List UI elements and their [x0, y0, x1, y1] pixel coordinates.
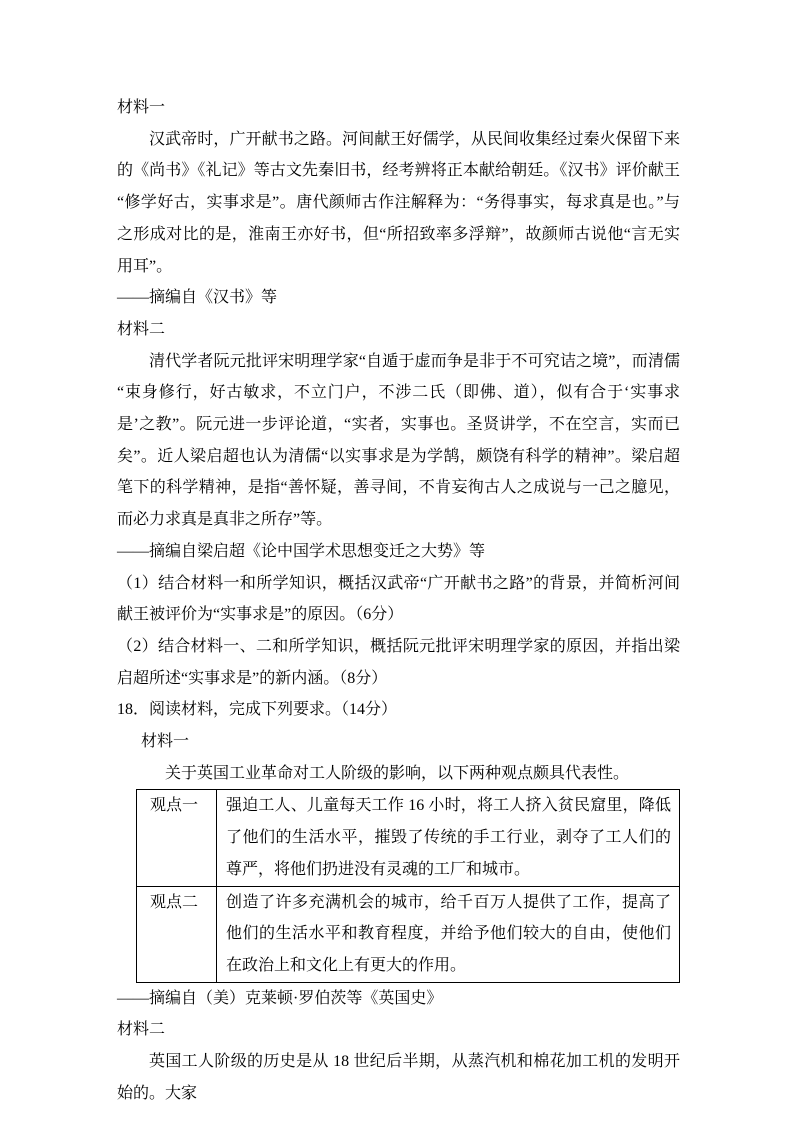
material1-citation: ——摘编自《汉书》等 — [117, 282, 680, 314]
viewpoint-row-1: 观点一 强迫工人、儿童每天工作 16 小时，将工人挤入贫民窟里，降低了他们的生活… — [137, 790, 680, 886]
material2-paragraph: 清代学者阮元批评宋明理学家“自遁于虚而争是非于不可究诘之境”，而清儒“束身修行，… — [117, 346, 680, 536]
viewpoint-1-content: 强迫工人、儿童每天工作 16 小时，将工人挤入贫民窟里，降低了他们的生活水平，摧… — [217, 790, 680, 886]
q18-material1-intro: 关于英国工业革命对工人阶级的影响，以下两种观点颇具代表性。 — [117, 758, 680, 790]
material2-citation: ——摘编自梁启超《论中国学术思想变迁之大势》等 — [117, 536, 680, 568]
sub-question-2: （2）结合材料一、二和所学知识，概括阮元批评宋明理学家的原因，并指出梁启超所述“… — [117, 631, 680, 694]
viewpoints-table: 观点一 强迫工人、儿童每天工作 16 小时，将工人挤入贫民窟里，降低了他们的生活… — [136, 789, 680, 982]
material1-heading: 材料一 — [117, 92, 680, 124]
q18-material2-paragraph: 英国工人阶级的历史是从 18 世纪后半期，从蒸汽机和棉花加工机的发明开始的。大家 — [117, 1046, 680, 1109]
material1-paragraph: 汉武帝时，广开献书之路。河间献王好儒学，从民间收集经过秦火保留下来的《尚书》《礼… — [117, 124, 680, 283]
viewpoint-2-label: 观点二 — [137, 886, 217, 982]
viewpoint-row-2: 观点二 创造了许多充满机会的城市，给千百万人提供了工作，提高了他们的生活水平和教… — [137, 886, 680, 982]
material2-heading: 材料二 — [117, 314, 680, 346]
q18-material1-heading: 材料一 — [117, 726, 680, 758]
viewpoint-1-label: 观点一 — [137, 790, 217, 886]
q18-material2-heading: 材料二 — [117, 1014, 680, 1046]
q18-material1-citation: ——摘编自（美）克莱顿·罗伯茨等《英国史》 — [117, 983, 680, 1015]
exam-document-page: 材料一 汉武帝时，广开献书之路。河间献王好儒学，从民间收集经过秦火保留下来的《尚… — [0, 0, 794, 1123]
sub-question-1: （1）结合材料一和所学知识，概括汉武帝“广开献书之路”的背景，并简析河间献王被评… — [117, 568, 680, 631]
viewpoint-2-content: 创造了许多充满机会的城市，给千百万人提供了工作，提高了他们的生活水平和教育程度，… — [217, 886, 680, 982]
question-18-stem: 18．阅读材料，完成下列要求。（14分） — [117, 694, 680, 726]
